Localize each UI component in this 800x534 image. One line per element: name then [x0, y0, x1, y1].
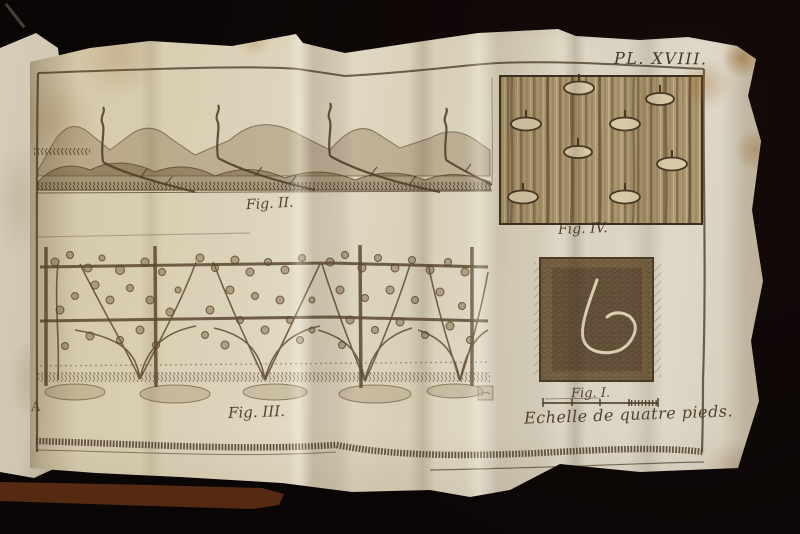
foldout-plate: PL. XVIII. Fig. II. Fig. III. Fig. IV. F… [0, 0, 800, 534]
fig1-caption: Fig. I. [571, 386, 610, 402]
fig3-caption: Fig. III. [228, 402, 285, 422]
plate-engraving [0, 0, 800, 534]
plate-number-label: PL. XVIII. [614, 49, 708, 69]
signature-mark: A [31, 400, 40, 415]
fig4-engraving [500, 74, 702, 224]
page-corner-sliver [5, 3, 26, 28]
fig4-caption: Fig. IV. [558, 220, 608, 238]
fig2-caption: Fig. II. [246, 195, 294, 213]
fig1-engraving [534, 258, 661, 381]
book-photo: PL. XVIII. Fig. II. Fig. III. Fig. IV. F… [0, 0, 800, 534]
fig3-engraving [38, 245, 493, 403]
fig2-engraving [34, 103, 492, 193]
